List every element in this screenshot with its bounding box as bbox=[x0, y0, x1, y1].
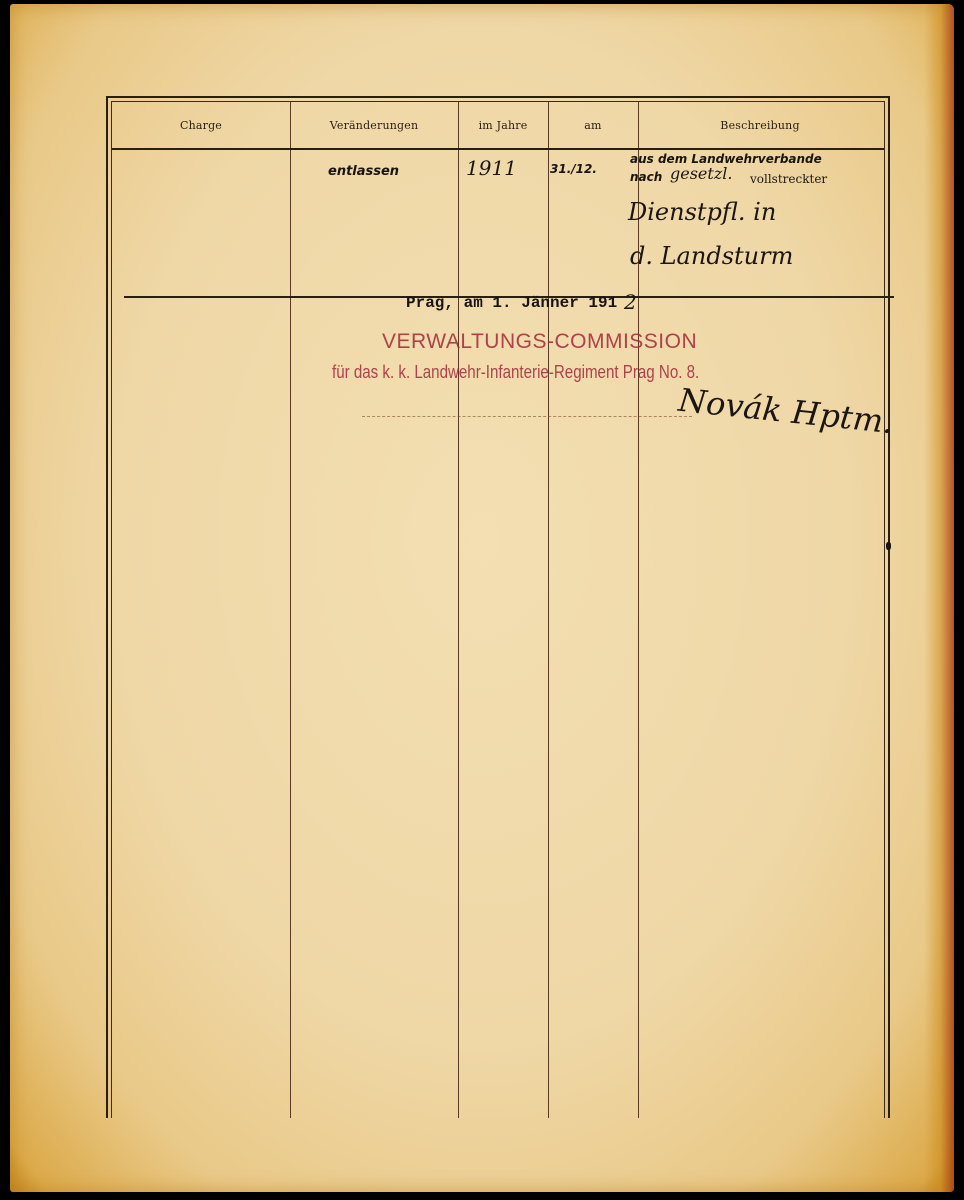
header-im-jahre: im Jahre bbox=[458, 102, 548, 148]
document-page: Charge Veränderungen im Jahre am Beschre… bbox=[10, 4, 954, 1192]
beschreibung-handwritten-3: d. Landsturm bbox=[630, 242, 793, 270]
place-date-handwritten-digit: 2 bbox=[624, 290, 637, 314]
header-beschreibung: Beschreibung bbox=[638, 102, 882, 148]
signature-line bbox=[362, 416, 692, 417]
stamp-line-2: für das k. k. Landwehr-Infanterie-Regime… bbox=[332, 362, 699, 383]
cell-veraenderungen: entlassen bbox=[328, 164, 399, 179]
stamp-line-1: VERWALTUNGS-COMMISSION bbox=[382, 330, 697, 354]
header-charge: Charge bbox=[112, 102, 290, 148]
header-veraenderungen: Veränderungen bbox=[290, 102, 458, 148]
column-divider bbox=[458, 102, 459, 1118]
beschreibung-line-2b: vollstreckter bbox=[750, 172, 827, 186]
header-am: am bbox=[548, 102, 638, 148]
cell-im-jahre: 1911 bbox=[466, 156, 517, 180]
beschreibung-line-2a: nach bbox=[630, 170, 662, 184]
ink-blot bbox=[886, 542, 891, 550]
beschreibung-handwritten-2: Dienstpfl. in bbox=[628, 198, 776, 226]
column-divider bbox=[290, 102, 291, 1118]
column-divider bbox=[548, 102, 549, 1118]
place-date-typed: Prag, am 1. Jänner 191 bbox=[406, 294, 617, 312]
table-header-row: Charge Veränderungen im Jahre am Beschre… bbox=[112, 102, 884, 150]
cell-am: 31./12. bbox=[550, 162, 597, 176]
beschreibung-handwritten-1: gesetzl. bbox=[670, 164, 732, 183]
